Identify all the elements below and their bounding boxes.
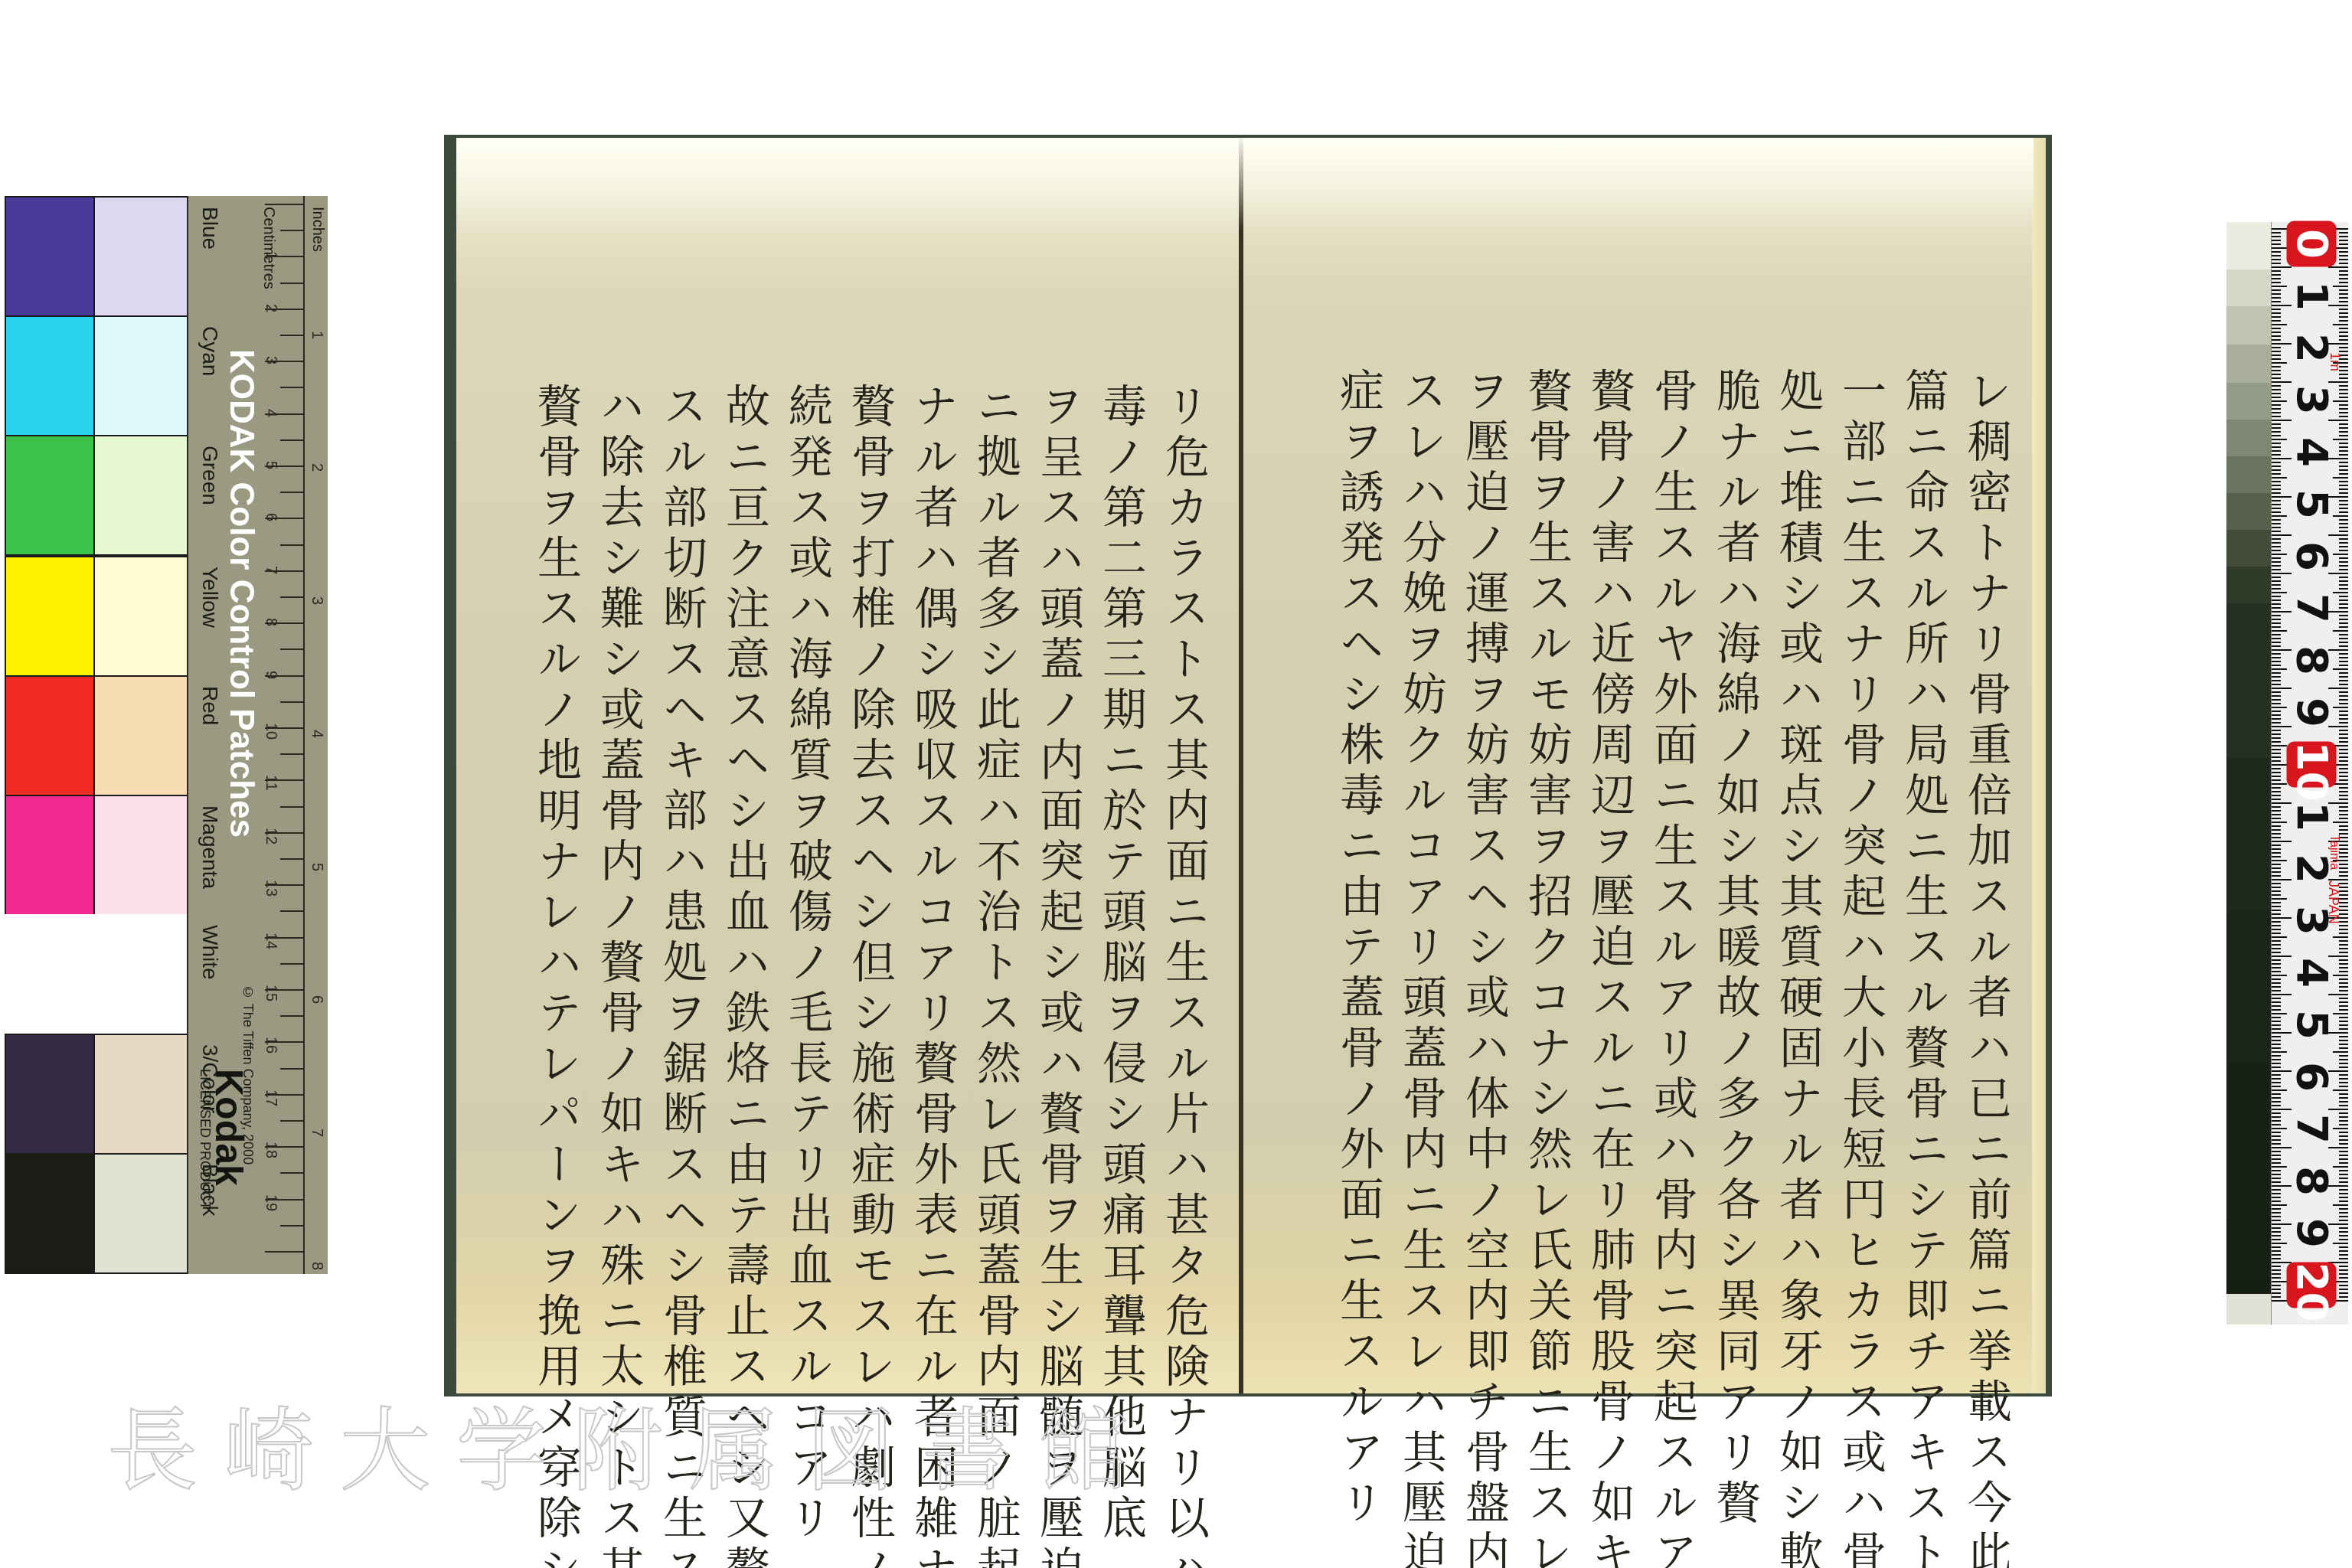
tape-tick: [2272, 282, 2281, 283]
tape-tick: [2339, 580, 2348, 582]
tape-tick: [2339, 469, 2348, 471]
tape-tick: [2272, 864, 2281, 865]
tape-tick: [2272, 358, 2281, 360]
tape-tick: [2339, 259, 2348, 260]
tape-tick: [2272, 626, 2281, 628]
tape-tick: [2339, 626, 2348, 628]
cm-tick-label: 13: [262, 880, 279, 897]
tape-tick: [2272, 443, 2281, 444]
tape-tick: [2339, 925, 2348, 926]
cm-tick-label: 11: [262, 775, 279, 791]
tape-tick: [2339, 1292, 2348, 1294]
tape-tick: [2339, 557, 2348, 559]
tape-measure-scale: 01234567891012345678920 Tajima JAPAN 1m: [2226, 222, 2349, 1325]
tape-tick: [2339, 603, 2348, 605]
tape-tick: [2272, 1258, 2281, 1259]
tape-tick: [2272, 1009, 2281, 1011]
tape-tick: [2272, 963, 2281, 965]
tape-tick: [2339, 1273, 2348, 1275]
tape-tick: [2339, 1231, 2348, 1233]
tape-tick: [2339, 1151, 2348, 1152]
tape-tick: [2339, 473, 2348, 475]
tape-tick: [2272, 1063, 2281, 1064]
tape-tick: [2272, 978, 2281, 980]
tape-tick: [2339, 982, 2348, 984]
tape-tick: [2272, 818, 2281, 819]
tape-tick: [2272, 1067, 2281, 1068]
tape-tick: [2339, 332, 2348, 333]
tape-tick: [2272, 772, 2281, 773]
tape-tick: [2272, 515, 2287, 517]
tape-tick: [2339, 1254, 2348, 1256]
tape-tick: [2272, 408, 2281, 410]
tape-tick: [2272, 297, 2281, 299]
tape-tick: [2272, 959, 2281, 961]
tape-tick: [2272, 787, 2281, 789]
tape-tick: [2339, 1005, 2348, 1007]
tape-tick: [2339, 289, 2348, 291]
cm-tick-label: 18: [262, 1142, 279, 1158]
tape-tick: [2272, 1204, 2287, 1206]
cm-tick: [280, 910, 303, 912]
tape-tick: [2272, 599, 2281, 601]
tape-number: 5: [2287, 1002, 2337, 1048]
tape-tick: [2339, 320, 2348, 322]
tape-tick: [2272, 580, 2281, 582]
tape-tick: [2272, 263, 2281, 264]
tape-tick: [2272, 933, 2281, 934]
patch-red-light: [93, 675, 188, 796]
tape-tick: [2272, 691, 2281, 693]
tape-tick: [2272, 439, 2287, 440]
tape-tick: [2272, 255, 2281, 256]
tape-tick: [2272, 554, 2287, 555]
tape-tick: [2272, 967, 2281, 969]
tape-tick: [2272, 1112, 2281, 1114]
tape-tick: [2339, 695, 2348, 697]
tape-tick: [2339, 519, 2348, 521]
tape-tick: [2272, 680, 2281, 681]
gray-step: [2226, 383, 2271, 420]
tape-tick: [2272, 986, 2281, 988]
tape-tick: [2339, 1059, 2348, 1060]
tape-tick: [2272, 714, 2281, 716]
tape-tick: [2272, 906, 2281, 907]
tape-tick: [2272, 799, 2281, 800]
tape-tick: [2339, 1055, 2348, 1057]
book-gutter: [1239, 138, 1243, 1393]
tape-body: 01234567891012345678920 Tajima JAPAN 1m: [2271, 222, 2348, 1325]
tape-tick: [2339, 1250, 2348, 1252]
tape-tick: [2272, 481, 2281, 482]
tape-tick: [2339, 772, 2348, 773]
tape-tick: [2272, 1086, 2281, 1087]
tape-tick: [2272, 1082, 2281, 1083]
tape-tick: [2272, 236, 2281, 237]
tape-tick: [2272, 1181, 2281, 1183]
tape-tick: [2339, 952, 2348, 953]
tape-tick: [2339, 787, 2348, 789]
tape-number: 1: [2287, 273, 2337, 319]
tape-tick: [2339, 435, 2348, 436]
tape-tick: [2339, 508, 2348, 509]
tape-tick: [2272, 902, 2281, 903]
tape-tick: [2272, 1235, 2281, 1236]
tape-tick: [2339, 615, 2348, 616]
tape-tick: [2339, 1155, 2348, 1156]
tape-tick: [2272, 1116, 2281, 1118]
tape-tick: [2339, 450, 2348, 452]
gray-step: [2226, 269, 2271, 306]
tape-tick: [2272, 760, 2281, 762]
patch-label: Black: [191, 1164, 222, 1216]
tape-tick: [2272, 347, 2281, 348]
tape-tick: [2339, 619, 2348, 620]
tape-tick: [2339, 810, 2348, 812]
tape-tick: [2272, 404, 2281, 406]
patch-green-dark: [5, 435, 95, 556]
tape-tick: [2339, 959, 2348, 961]
cm-tick-label: 4: [262, 409, 279, 417]
tape-tick: [2272, 1040, 2281, 1041]
tape-tick: [2272, 1189, 2281, 1191]
tape-tick: [2272, 538, 2281, 540]
tape-tick: [2339, 301, 2348, 302]
tape-tick: [2272, 1254, 2281, 1256]
tape-tick: [2272, 1005, 2281, 1007]
tape-tick: [2339, 1174, 2348, 1175]
tape-tick: [2339, 316, 2348, 318]
tape-number: 9: [2287, 690, 2337, 736]
tape-tick: [2272, 645, 2281, 647]
gray-step: [2226, 1279, 2271, 1294]
tape-tick: [2272, 266, 2292, 268]
tape-number: 5: [2287, 482, 2337, 528]
tape-tick: [2272, 1044, 2281, 1045]
text-column: 症ヲ誘発スヘシ株毒ニ由テ蓋骨ノ外面ニ生スルアリ: [1320, 367, 1396, 1271]
tape-tick: [2272, 676, 2281, 678]
tape-tick: [2272, 852, 2281, 854]
tape-tick: [2339, 1024, 2348, 1026]
tape-tick: [2272, 1227, 2281, 1229]
tape-tick: [2339, 699, 2348, 701]
tape-tick: [2339, 236, 2348, 237]
tape-tick: [2339, 1040, 2348, 1041]
tape-tick: [2272, 776, 2281, 777]
tape-tick: [2272, 913, 2281, 915]
cm-tick: [280, 439, 303, 441]
tape-tick: [2339, 871, 2348, 873]
tape-tick: [2272, 1170, 2281, 1171]
tape-tick: [2272, 232, 2281, 234]
tape-tick: [2339, 1200, 2348, 1202]
tape-tick: [2272, 975, 2287, 976]
tape-tick: [2339, 492, 2348, 494]
tape-tick: [2339, 1044, 2348, 1045]
cm-tick-label: 2: [262, 304, 279, 312]
tape-tick: [2272, 1036, 2281, 1037]
tape-tick: [2339, 561, 2348, 563]
tape-tick: [2272, 374, 2281, 375]
cm-tick-label: 16: [262, 1037, 279, 1053]
tape-tick: [2272, 335, 2281, 337]
tape-tick: [2339, 933, 2348, 934]
tape-tick: [2272, 588, 2281, 590]
tape-tick: [2272, 488, 2281, 490]
tape-tick: [2272, 653, 2281, 655]
tape-tick: [2272, 741, 2281, 743]
tape-tick: [2339, 312, 2348, 314]
tape-tick: [2339, 703, 2348, 704]
kodak-units-cm: Centimetres: [254, 207, 277, 289]
tape-tick: [2339, 990, 2348, 991]
tape-tick: [2339, 760, 2348, 762]
tape-tick: [2272, 473, 2281, 475]
tape-tick: [2272, 814, 2281, 815]
tape-tick: [2339, 500, 2348, 501]
tape-tick: [2272, 944, 2281, 946]
tape-tick: [2339, 1112, 2348, 1114]
tape-tick: [2272, 887, 2281, 888]
tape-tick: [2339, 622, 2348, 624]
patch-magenta-dark: [5, 795, 95, 916]
cm-tick: [280, 1068, 303, 1070]
tape-tick: [2339, 538, 2348, 540]
tape-tick: [2272, 1193, 2281, 1194]
gray-step: [2226, 1294, 2271, 1325]
tape-tick: [2339, 1067, 2348, 1068]
library-watermark: 長崎大学附属図書館: [107, 1378, 1155, 1508]
kodak-ruler: Inches Centimetres KODAK Color Control P…: [187, 196, 328, 1274]
inch-tick-label: 6: [308, 995, 325, 1004]
tape-tick: [2272, 883, 2281, 884]
tape-tick: [2272, 286, 2287, 287]
patch-label: Cyan: [191, 326, 222, 376]
tape-tick: [2339, 825, 2348, 827]
tape-tick: [2272, 615, 2281, 616]
tape-tick: [2272, 1055, 2281, 1057]
tape-tick: [2272, 1220, 2281, 1221]
tape-tick: [2272, 921, 2281, 923]
tape-number: 6: [2287, 534, 2337, 580]
tape-tick: [2339, 829, 2348, 831]
cm-tick: [280, 963, 303, 965]
tape-country: JAPAN: [2325, 880, 2341, 924]
patch-white-light: [93, 914, 188, 1035]
gray-step: [2226, 1217, 2271, 1279]
tape-tick: [2339, 638, 2348, 639]
tape-tick: [2272, 791, 2281, 792]
tape-tick: [2272, 511, 2281, 513]
tape-tick: [2339, 1266, 2348, 1267]
tape-unit: 1m: [2327, 352, 2343, 371]
tape-tick: [2339, 1074, 2348, 1076]
tape-tick: [2272, 795, 2281, 796]
cm-tick-label: 12: [262, 828, 279, 844]
tape-tick: [2272, 354, 2281, 356]
patch-label: White: [191, 925, 222, 980]
tape-tick: [2272, 385, 2281, 387]
tape-tick: [2272, 469, 2281, 471]
tape-tick: [2272, 320, 2281, 322]
cm-tick-label: 5: [262, 461, 279, 469]
tape-tick: [2272, 523, 2281, 524]
tape-tick: [2272, 730, 2281, 731]
tape-tick: [2339, 278, 2348, 279]
tape-tick: [2272, 756, 2281, 758]
tape-tick: [2339, 335, 2348, 337]
tape-tick: [2272, 427, 2281, 429]
tape-tick: [2272, 1097, 2281, 1099]
patch-blue-dark: [5, 196, 95, 317]
tape-tick: [2339, 680, 2348, 681]
tape-tick: [2339, 1047, 2348, 1049]
tape-tick: [2339, 1009, 2348, 1011]
tape-tick: [2272, 240, 2281, 241]
tape-tick: [2339, 408, 2348, 410]
tape-tick: [2339, 527, 2348, 528]
tape-tick: [2339, 756, 2348, 758]
tape-tick: [2339, 1296, 2348, 1298]
tape-tick: [2272, 450, 2281, 452]
tape-tick: [2272, 412, 2281, 413]
tape-tick: [2339, 963, 2348, 965]
tape-tick: [2339, 1063, 2348, 1064]
gray-step: [2226, 603, 2271, 758]
tape-tick: [2339, 1193, 2348, 1194]
tape-number: 7: [2287, 586, 2337, 632]
tape-tick: [2272, 527, 2281, 528]
tape-tick: [2272, 630, 2287, 632]
patch-label: Green: [191, 446, 222, 505]
tape-tick: [2272, 362, 2287, 364]
tape-tick: [2272, 710, 2281, 712]
tape-tick: [2272, 546, 2281, 547]
inch-tick-label: 2: [308, 463, 325, 472]
tape-tick: [2339, 251, 2348, 253]
cm-tick: [280, 230, 303, 231]
tape-tick: [2272, 1208, 2281, 1210]
tape-tick: [2272, 1285, 2281, 1286]
gray-step: [2226, 567, 2271, 603]
tape-tick: [2272, 733, 2281, 735]
tape-tick: [2339, 232, 2348, 234]
tape-tick: [2339, 779, 2348, 781]
tape-tick: [2272, 936, 2287, 938]
tape-tick: [2272, 1051, 2287, 1053]
tape-tick: [2339, 270, 2348, 272]
tape-tick: [2339, 339, 2348, 341]
cm-tick: [280, 596, 303, 598]
tape-tick: [2272, 351, 2281, 352]
tape-tick: [2339, 795, 2348, 796]
tape-tick: [2272, 1120, 2281, 1122]
tape-tick: [2272, 768, 2281, 769]
tape-tick: [2339, 309, 2348, 310]
tape-tick: [2272, 293, 2281, 295]
tape-tick: [2339, 416, 2348, 417]
tape-tick: [2339, 940, 2348, 942]
tape-tick: [2339, 814, 2348, 815]
tape-tick: [2272, 672, 2281, 674]
tape-tick: [2272, 910, 2281, 911]
tape-tick: [2272, 929, 2281, 930]
tape-tick: [2339, 672, 2348, 674]
tape-tick: [2272, 1047, 2281, 1049]
tape-tick: [2339, 986, 2348, 988]
tape-tick: [2272, 749, 2281, 750]
tape-tick: [2272, 332, 2281, 333]
tape-tick: [2272, 952, 2281, 953]
patch-magenta-light: [93, 795, 188, 916]
tape-tick: [2272, 699, 2281, 701]
tape-tick: [2339, 577, 2348, 578]
tape-tick: [2272, 890, 2281, 892]
tape-tick: [2339, 596, 2348, 597]
cm-tick: [280, 1225, 303, 1227]
tape-tick: [2339, 542, 2348, 544]
tape-tick: [2272, 247, 2287, 249]
tape-tick: [2272, 431, 2281, 433]
tape-tick: [2272, 1243, 2287, 1244]
tape-tick: [2339, 397, 2348, 398]
tape-tick: [2339, 427, 2348, 429]
tape-tick: [2339, 1143, 2348, 1145]
tape-tick: [2339, 1277, 2348, 1279]
tape-tick: [2272, 1246, 2281, 1248]
tape-tick: [2272, 829, 2281, 831]
tape-number: 9: [2287, 1210, 2337, 1256]
patch-green-light: [93, 435, 188, 556]
patch-red-dark: [5, 675, 95, 796]
gray-step: [2226, 306, 2271, 345]
tape-tick: [2339, 1120, 2348, 1122]
tape-tick: [2339, 588, 2348, 590]
tape-tick: [2339, 1162, 2348, 1164]
tape-tick: [2339, 1227, 2348, 1229]
tape-tick: [2272, 657, 2281, 658]
tape-tick: [2272, 274, 2281, 276]
cm-tick: [280, 701, 303, 703]
tape-tick: [2272, 1158, 2281, 1160]
tape-tick: [2272, 1132, 2281, 1133]
tape-tick: [2339, 550, 2348, 551]
cm-tick: [280, 858, 303, 860]
gray-step: [2226, 345, 2271, 383]
cm-tick-label: 9: [262, 671, 279, 679]
tape-tick: [2272, 278, 2281, 279]
tape-tick: [2339, 523, 2348, 524]
tape-tick: [2339, 1189, 2348, 1191]
patch-black-light: [93, 1153, 188, 1274]
gray-step: [2226, 1064, 2271, 1217]
tape-tick: [2272, 1078, 2281, 1080]
tape-tick: [2272, 561, 2281, 563]
tape-tick: [2339, 634, 2348, 635]
tape-tick: [2272, 1200, 2281, 1202]
tape-tick: [2272, 1139, 2281, 1141]
tape-tick: [2272, 642, 2281, 643]
inch-tick-label: 3: [308, 596, 325, 605]
tape-tick: [2339, 1235, 2348, 1236]
tape-number: 4: [2287, 430, 2337, 475]
tape-tick: [2339, 714, 2348, 716]
tape-tick: [2272, 898, 2287, 900]
tape-tick: [2339, 967, 2348, 969]
tape-tick: [2339, 791, 2348, 792]
tape-tick: [2339, 710, 2348, 712]
tape-tick: [2339, 454, 2348, 456]
